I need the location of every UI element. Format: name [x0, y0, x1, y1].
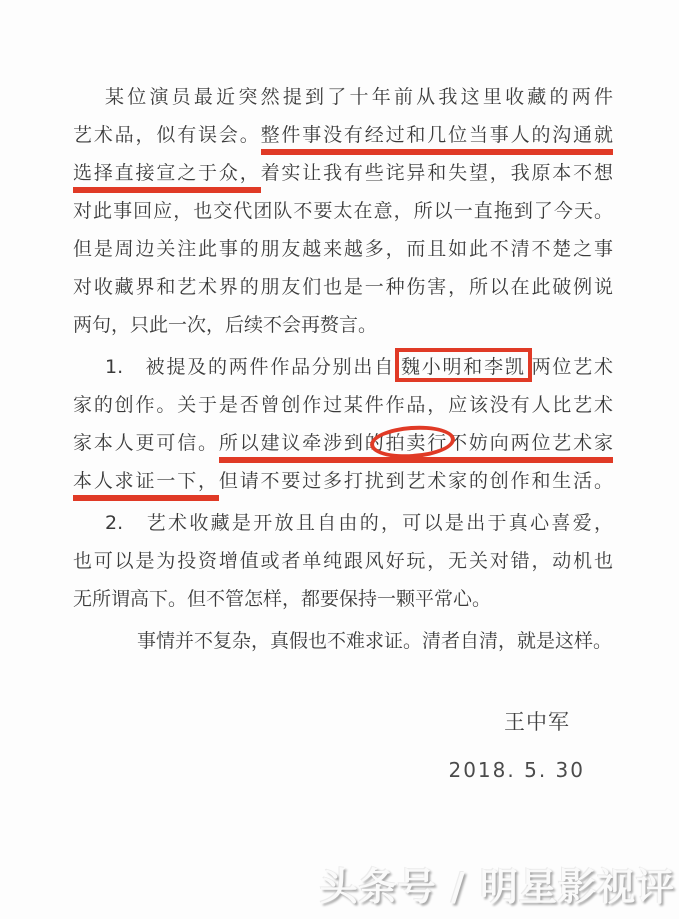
statement-document: 某位演员最近突然提到了十年前从我这里收藏的两件艺术品，似有误会。整件事没有经过和… [73, 78, 613, 664]
text-line: 但是周边关注此事的朋友越来越多，而且如此不清不楚之事 [73, 230, 613, 268]
signature-name: 王中军 [504, 706, 570, 736]
paragraph: 2. 艺术收藏是开放且自由的，可以是出于真心喜爱，也可以是为投资增值或者单纯跟风… [73, 504, 613, 618]
text-segment: 对此事回应，也交代团队不要太在意，所以一直拖到了今天。 [73, 200, 613, 222]
text-segment: 但是周边关注此事的朋友越来越多，而且如此不清不楚之事 [73, 238, 613, 260]
text-line: 艺术品，似有误会。整件事没有经过和几位当事人的沟通就 [73, 116, 613, 154]
text-segment: 1. 被提及的两件作品分别出自 [105, 356, 395, 378]
text-segment: 事情并不复杂，真假也不难求证。清者自清，就是这样。 [137, 630, 612, 652]
document-body: 某位演员最近突然提到了十年前从我这里收藏的两件艺术品，似有误会。整件事没有经过和… [73, 78, 613, 660]
text-segment: 艺术品，似有误会。 [73, 124, 261, 146]
text-segment: 两位艺术 [532, 356, 613, 378]
red-underlined-text: 所以建议牵涉到的 [219, 432, 386, 463]
red-underlined-text: 不妨向两位艺术家 [448, 432, 613, 463]
text-segment: 着实让我有些诧异和失望，我原本不想 [261, 162, 613, 184]
signature-date: 2018. 5. 30 [448, 758, 585, 782]
text-line: 对此事回应，也交代团队不要太在意，所以一直拖到了今天。 [73, 192, 613, 230]
text-line: 某位演员最近突然提到了十年前从我这里收藏的两件 [73, 78, 613, 116]
paragraph: 1. 被提及的两件作品分别出自魏小明和李凯两位艺术家的创作。关于是否曾创作过某件… [73, 348, 613, 500]
text-segment: 家本人更可信。 [73, 432, 219, 454]
toutiao-watermark: 头条号 / 明星影视评 [320, 856, 675, 911]
red-boxed-names: 魏小明和李凯 [395, 348, 532, 382]
text-line: 无所谓高下。但不管怎样，都要保持一颗平常心。 [73, 580, 613, 618]
text-segment: 无所谓高下。但不管怎样，都要保持一颗平常心。 [73, 588, 491, 610]
red-underlined-text: 选择直接宣之于众， [73, 162, 261, 193]
text-segment: 某位演员最近突然提到了十年前从我这里收藏的两件 [105, 86, 613, 108]
red-underlined-text: 本人求证一下， [73, 470, 219, 501]
text-segment: 2. 艺术收藏是开放且自由的，可以是出于真心喜爱， [105, 512, 613, 534]
red-circled-text: 拍卖行 [386, 432, 449, 463]
text-line: 也可以是为投资增值或者单纯跟风好玩，无关对错，动机也 [73, 542, 613, 580]
text-line: 选择直接宣之于众，着实让我有些诧异和失望，我原本不想 [73, 154, 613, 192]
text-segment: 对收藏界和艺术界的朋友们也是一种伤害，所以在此破例说 [73, 276, 613, 298]
text-line: 两句，只此一次，后续不会再赘言。 [73, 306, 613, 344]
red-underlined-text: 整件事没有经过和几位当事人的沟通就 [261, 124, 613, 155]
text-line: 家本人更可信。所以建议牵涉到的拍卖行不妨向两位艺术家 [73, 424, 613, 462]
text-line: 2. 艺术收藏是开放且自由的，可以是出于真心喜爱， [73, 504, 613, 542]
text-segment: 也可以是为投资增值或者单纯跟风好玩，无关对错，动机也 [73, 550, 613, 572]
text-segment: 但请不要过多打扰到艺术家的创作和生活。 [219, 470, 613, 492]
text-line: 事情并不复杂，真假也不难求证。清者自清，就是这样。 [73, 622, 613, 660]
text-line: 本人求证一下，但请不要过多打扰到艺术家的创作和生活。 [73, 462, 613, 500]
text-line: 家的创作。关于是否曾创作过某件作品，应该没有人比艺术 [73, 386, 613, 424]
paragraph: 事情并不复杂，真假也不难求证。清者自清，就是这样。 [73, 622, 613, 660]
text-line: 1. 被提及的两件作品分别出自魏小明和李凯两位艺术 [73, 348, 613, 386]
text-segment: 两句，只此一次，后续不会再赘言。 [73, 314, 377, 336]
text-line: 对收藏界和艺术界的朋友们也是一种伤害，所以在此破例说 [73, 268, 613, 306]
text-segment: 家的创作。关于是否曾创作过某件作品，应该没有人比艺术 [73, 394, 613, 416]
paragraph: 某位演员最近突然提到了十年前从我这里收藏的两件艺术品，似有误会。整件事没有经过和… [73, 78, 613, 344]
